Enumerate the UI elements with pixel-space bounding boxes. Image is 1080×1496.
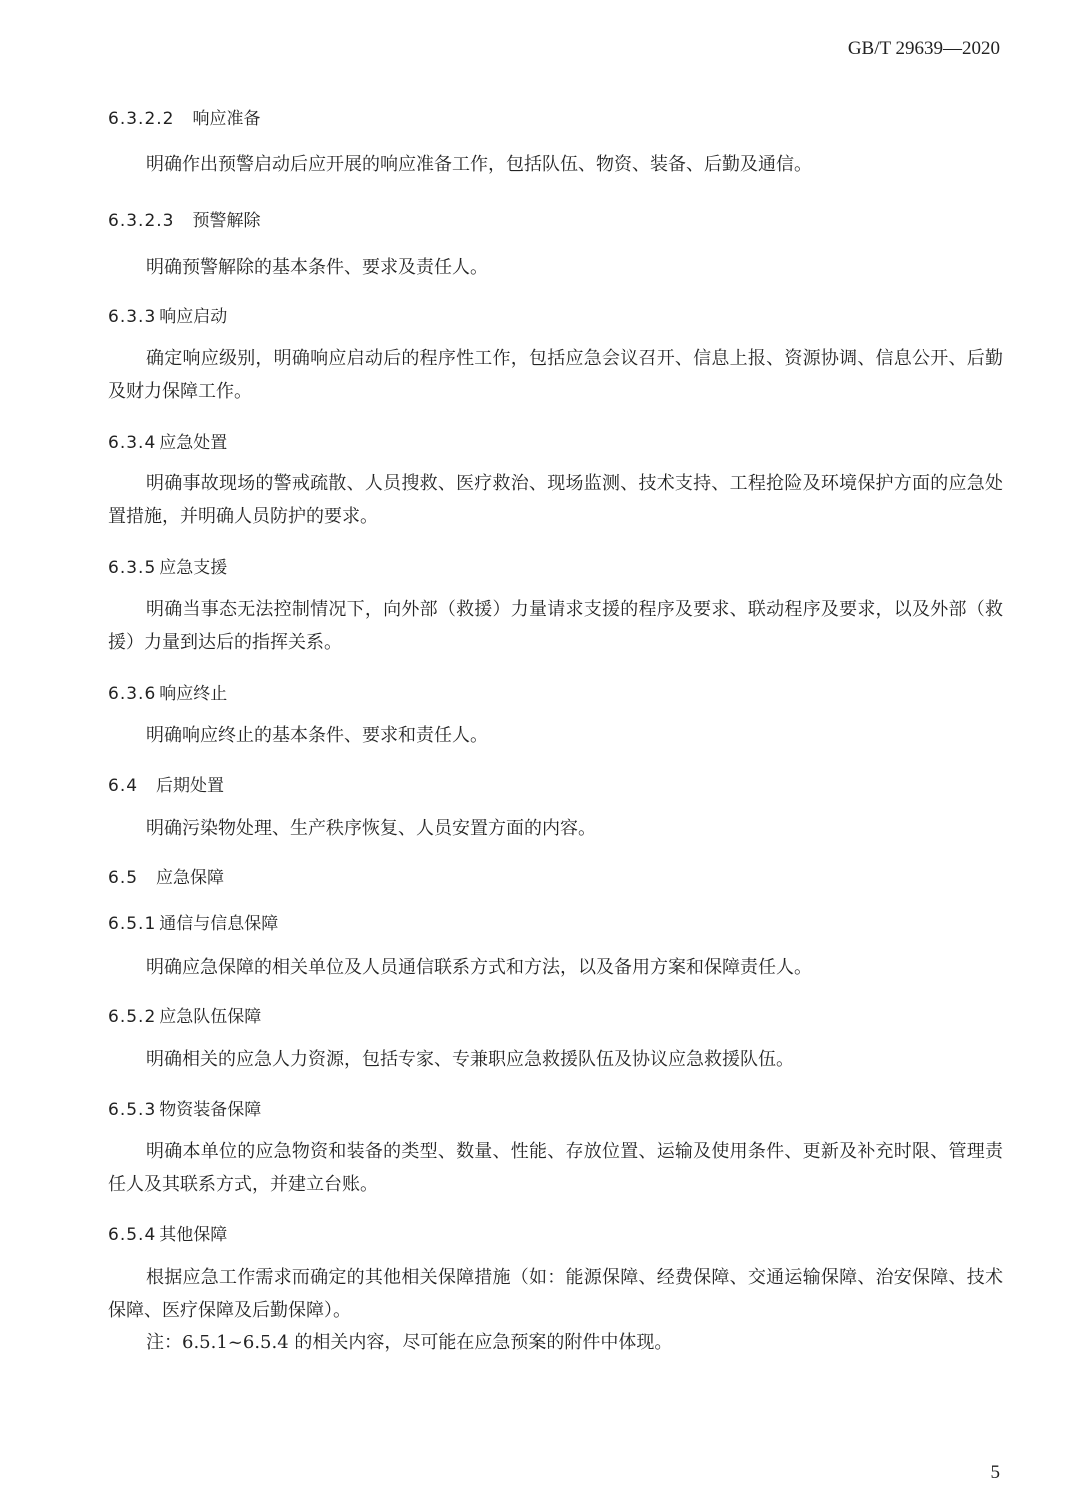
section-title: 应急处置 bbox=[159, 433, 227, 453]
section-heading: 6.5.2应急队伍保障 bbox=[108, 1002, 261, 1027]
section-heading: 6.5应急保障 bbox=[108, 863, 224, 888]
section-heading: 6.3.2.2响应准备 bbox=[108, 104, 260, 129]
section-number: 6.5.3 bbox=[108, 1100, 156, 1120]
section-heading: 6.3.6响应终止 bbox=[108, 679, 227, 704]
section-title: 响应准备 bbox=[192, 109, 260, 129]
section-title: 应急保障 bbox=[156, 868, 224, 888]
section-heading: 6.5.4其他保障 bbox=[108, 1220, 227, 1245]
section-number: 6.5 bbox=[108, 868, 138, 888]
section-heading: 6.5.1通信与信息保障 bbox=[108, 909, 278, 934]
section-number: 6.4 bbox=[108, 776, 138, 796]
section-heading: 6.3.4应急处置 bbox=[108, 428, 227, 453]
section-body: 明确作出预警启动后应开展的响应准备工作，包括队伍、物资、装备、后勤及通信。 bbox=[108, 148, 1003, 181]
note: 注：6.5.1~6.5.4 的相关内容，尽可能在应急预案的附件中体现。 bbox=[108, 1326, 1003, 1359]
section-body: 明确相关的应急人力资源，包括专家、专兼职应急救援队伍及协议应急救援队伍。 bbox=[108, 1043, 1003, 1076]
section-title: 通信与信息保障 bbox=[159, 914, 278, 934]
section-body: 明确应急保障的相关单位及人员通信联系方式和方法，以及备用方案和保障责任人。 bbox=[108, 951, 1003, 984]
section-title: 应急队伍保障 bbox=[159, 1007, 261, 1027]
section-title: 物资装备保障 bbox=[159, 1100, 261, 1120]
section-body: 根据应急工作需求而确定的其他相关保障措施（如：能源保障、经费保障、交通运输保障、… bbox=[108, 1261, 1003, 1327]
section-heading: 6.3.2.3预警解除 bbox=[108, 206, 260, 231]
section-body: 明确事故现场的警戒疏散、人员搜救、医疗救治、现场监测、技术支持、工程抢险及环境保… bbox=[108, 467, 1003, 533]
section-number: 6.5.1 bbox=[108, 914, 156, 934]
section-body: 确定响应级别，明确响应启动后的程序性工作，包括应急会议召开、信息上报、资源协调、… bbox=[108, 342, 1003, 408]
section-body: 明确响应终止的基本条件、要求和责任人。 bbox=[108, 719, 1003, 752]
section-title: 后期处置 bbox=[156, 776, 224, 796]
section-title: 其他保障 bbox=[159, 1225, 227, 1245]
standard-code: GB/T 29639—2020 bbox=[848, 38, 1000, 60]
section-title: 应急支援 bbox=[159, 558, 227, 578]
section-body: 明确污染物处理、生产秩序恢复、人员安置方面的内容。 bbox=[108, 812, 1003, 845]
section-number: 6.3.3 bbox=[108, 307, 156, 327]
section-heading: 6.5.3物资装备保障 bbox=[108, 1095, 261, 1120]
section-number: 6.3.4 bbox=[108, 433, 156, 453]
section-body: 明确当事态无法控制情况下，向外部（救援）力量请求支援的程序及要求、联动程序及要求… bbox=[108, 593, 1003, 659]
section-title: 响应启动 bbox=[159, 307, 227, 327]
section-number: 6.3.2.3 bbox=[108, 211, 174, 231]
section-number: 6.3.5 bbox=[108, 558, 156, 578]
section-title: 响应终止 bbox=[159, 684, 227, 704]
section-body: 明确本单位的应急物资和装备的类型、数量、性能、存放位置、运输及使用条件、更新及补… bbox=[108, 1135, 1003, 1201]
section-heading: 6.3.3响应启动 bbox=[108, 302, 227, 327]
section-heading: 6.4后期处置 bbox=[108, 771, 224, 796]
section-number: 6.3.6 bbox=[108, 684, 156, 704]
section-body: 明确预警解除的基本条件、要求及责任人。 bbox=[108, 251, 1003, 284]
section-heading: 6.3.5应急支援 bbox=[108, 553, 227, 578]
page-number: 5 bbox=[991, 1462, 1001, 1484]
section-number: 6.5.4 bbox=[108, 1225, 156, 1245]
section-number: 6.3.2.2 bbox=[108, 109, 174, 129]
section-title: 预警解除 bbox=[192, 211, 260, 231]
section-number: 6.5.2 bbox=[108, 1007, 156, 1027]
